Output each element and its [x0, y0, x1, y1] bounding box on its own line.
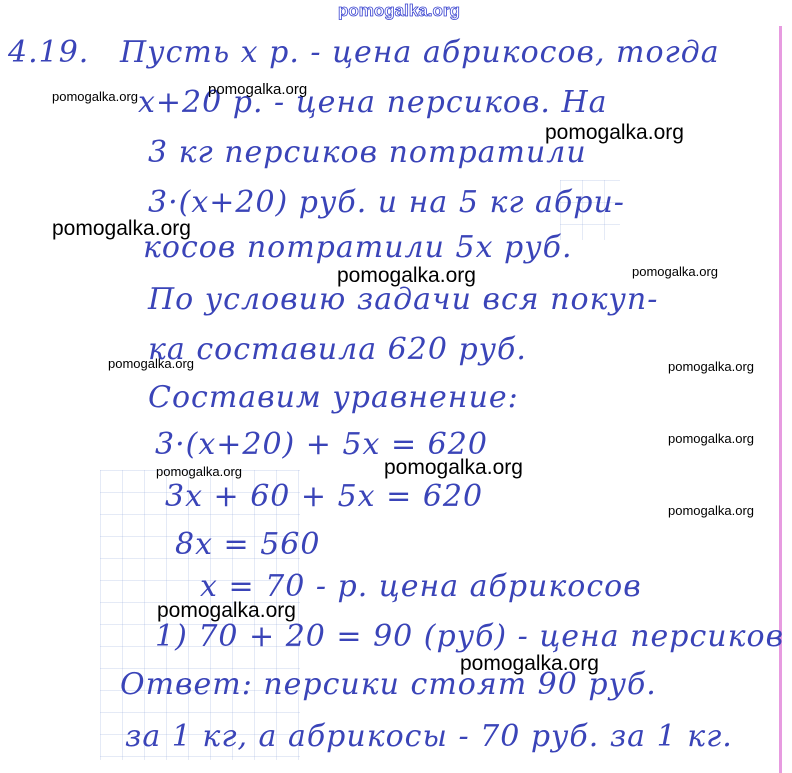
watermark: pomogalka.org: [156, 465, 242, 478]
watermark: pomogalka.org: [384, 457, 523, 478]
watermark: pomogalka.org: [208, 82, 307, 97]
watermark: pomogalka.org: [632, 265, 718, 278]
solution-line: 3·(x+20) руб. и на 5 кг абри-: [148, 188, 625, 218]
equation: x = 70 - р. цена абрикосов: [200, 572, 642, 602]
solution-line: Пусть x р. - цена абрикосов, тогда: [120, 38, 720, 68]
equation: 8x = 560: [175, 530, 320, 560]
calculation-step: 1) 70 + 20 = 90 (руб) - цена персиков: [155, 622, 784, 652]
problem-number: 4.19.: [8, 38, 89, 68]
watermark: pomogalka.org: [157, 600, 296, 621]
solution-line: ка составила 620 руб.: [148, 335, 527, 365]
header-watermark: pomogalka.org: [338, 2, 460, 19]
watermark: pomogalka.org: [52, 90, 138, 103]
solution-line: Составим уравнение:: [148, 383, 519, 413]
solution-line: 3 кг персиков потратили: [148, 138, 587, 168]
watermark: pomogalka.org: [108, 357, 194, 370]
margin-line: [779, 26, 782, 773]
equation: 3x + 60 + 5x = 620: [165, 482, 483, 512]
watermark: pomogalka.org: [52, 218, 191, 239]
watermark: pomogalka.org: [668, 432, 754, 445]
watermark: pomogalka.org: [668, 504, 754, 517]
watermark: pomogalka.org: [460, 653, 599, 674]
watermark: pomogalka.org: [337, 265, 476, 286]
solution-line: косов потратили 5x руб.: [143, 233, 572, 263]
watermark: pomogalka.org: [668, 360, 754, 373]
watermark: pomogalka.org: [545, 122, 684, 143]
answer-line: за 1 кг, а абрикосы - 70 руб. за 1 кг.: [125, 722, 733, 752]
solution-line: По условию задачи вся покуп-: [148, 285, 658, 315]
